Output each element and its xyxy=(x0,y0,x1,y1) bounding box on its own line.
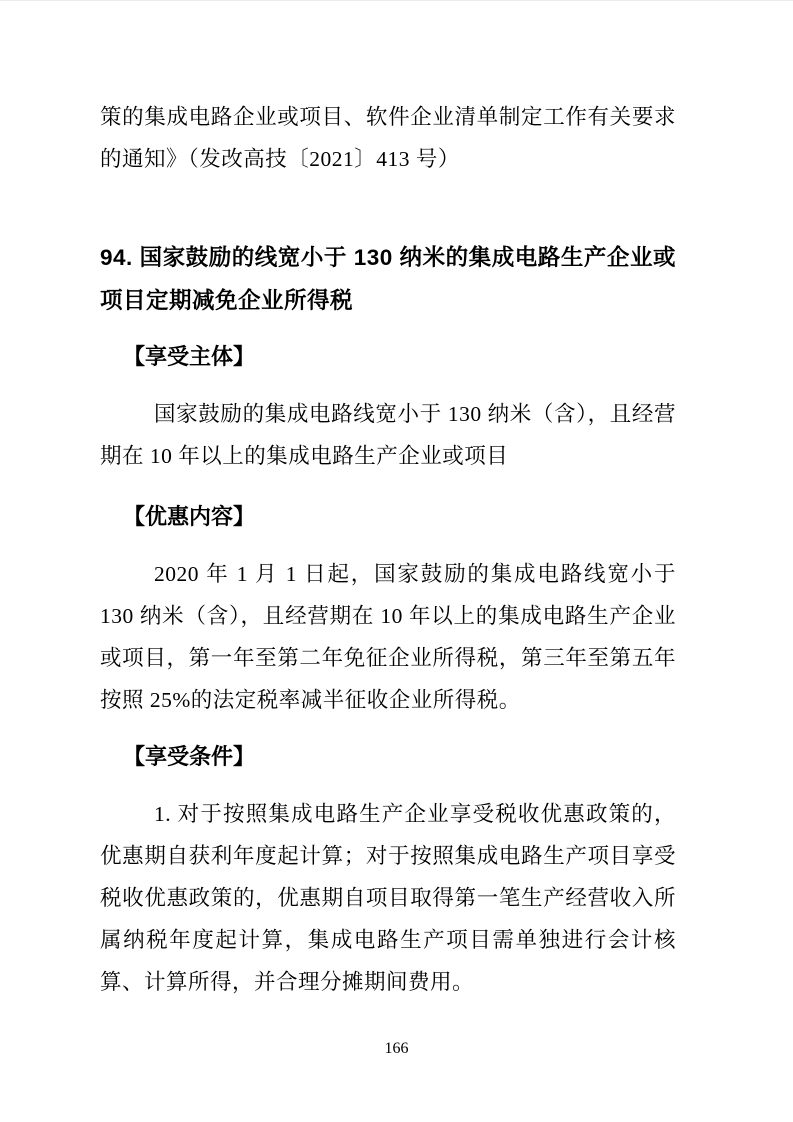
item-94-heading: 94. 国家鼓励的线宽小于 130 纳米的集成电路生产企业或项目定期减免企业所得… xyxy=(100,236,676,322)
section-title-eligibility-conditions: 【享受条件】 xyxy=(123,736,676,778)
section-paragraph-eligibility-conditions: 1. 对于按照集成电路生产企业享受税收优惠政策的，优惠期自获利年度起计算；对于按… xyxy=(100,793,676,1003)
section-paragraph-preferential-content: 2020 年 1 月 1 日起，国家鼓励的集成电路线宽小于 130 纳米（含），… xyxy=(100,553,676,721)
section-title-preferential-content: 【优惠内容】 xyxy=(123,496,676,538)
intro-continuation-paragraph: 策的集成电路企业或项目、软件企业清单制定工作有关要求的通知》（发改高技〔2021… xyxy=(100,96,676,180)
section-title-eligible-entities: 【享受主体】 xyxy=(123,336,676,378)
page-number: 166 xyxy=(0,1039,793,1059)
section-paragraph-eligible-entities: 国家鼓励的集成电路线宽小于 130 纳米（含），且经营期在 10 年以上的集成电… xyxy=(100,393,676,477)
document-page: 策的集成电路企业或项目、软件企业清单制定工作有关要求的通知》（发改高技〔2021… xyxy=(0,0,793,1122)
